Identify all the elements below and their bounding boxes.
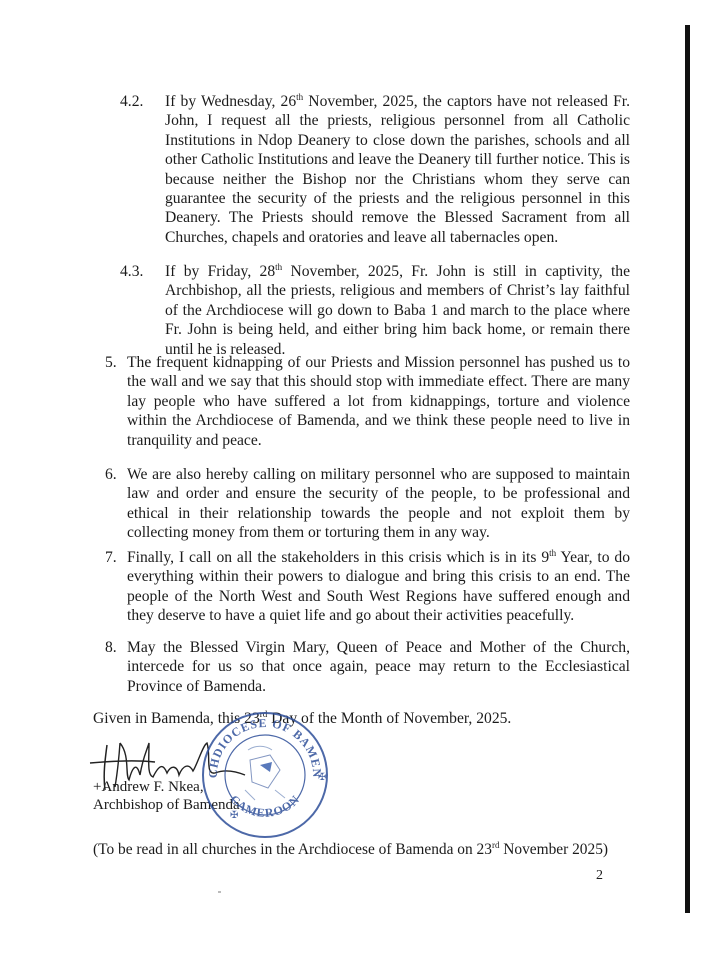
paragraph-text: If by Friday, 28th November, 2025, Fr. J… (165, 262, 630, 359)
paragraph-text: We are also hereby calling on military p… (127, 465, 630, 543)
paragraph-number: 4.2. (120, 92, 143, 111)
paragraph-6: 6. We are also hereby calling on militar… (127, 465, 630, 543)
page-number: 2 (596, 868, 603, 884)
paragraph-text: The frequent kidnapping of our Priests a… (127, 353, 630, 450)
scan-speck (218, 891, 221, 893)
svg-text:✠: ✠ (318, 772, 326, 783)
reading-instruction: (To be read in all churches in the Archd… (93, 841, 608, 859)
paragraph-8: 8. May the Blessed Virgin Mary, Queen of… (127, 638, 630, 696)
paragraph-number: 4.3. (120, 262, 143, 281)
paragraph-number: 5. (105, 353, 117, 372)
paragraph-text: If by Wednesday, 26th November, 2025, th… (165, 92, 630, 247)
svg-text:ARCHDIOCESE OF BAMENDA: ARCHDIOCESE OF BAMENDA (200, 710, 324, 778)
paragraph-text: Finally, I call on all the stakeholders … (127, 548, 630, 626)
paragraph-4-3: 4.3. If by Friday, 28th November, 2025, … (165, 262, 630, 359)
paragraph-number: 6. (105, 465, 117, 484)
scan-edge-bar (685, 25, 690, 913)
paragraph-number: 7. (105, 548, 117, 567)
paragraph-7: 7. Finally, I call on all the stakeholde… (127, 548, 630, 626)
paragraph-4-2: 4.2. If by Wednesday, 26th November, 202… (165, 92, 630, 247)
paragraph-number: 8. (105, 638, 117, 657)
svg-text:CAMEROON: CAMEROON (227, 792, 302, 820)
svg-text:✠: ✠ (230, 810, 238, 821)
archdiocese-seal-icon: ARCHDIOCESE OF BAMENDA CAMEROON ✠ ✠ (200, 710, 330, 840)
document-page: 4.2. If by Wednesday, 26th November, 202… (0, 0, 720, 971)
paragraph-5: 5. The frequent kidnapping of our Priest… (127, 353, 630, 450)
paragraph-text: May the Blessed Virgin Mary, Queen of Pe… (127, 638, 630, 696)
